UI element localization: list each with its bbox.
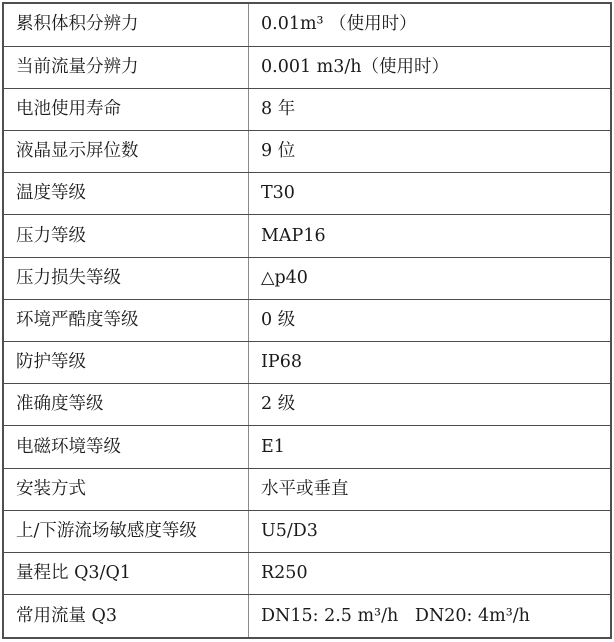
spec-value: 水平或垂直 <box>249 468 612 510</box>
spec-value: E1 <box>249 426 612 468</box>
table-row: 当前流量分辨力 0.001 m3/h（使用时） <box>3 46 611 88</box>
table-row: 环境严酷度等级 0 级 <box>3 299 611 341</box>
table-row: 量程比 Q3/Q1 R250 <box>3 553 611 595</box>
spec-value: 0.01m³ （使用时） <box>249 3 612 46</box>
spec-value: R250 <box>249 553 612 595</box>
table-row: 上/下游流场敏感度等级 U5/D3 <box>3 510 611 552</box>
spec-table-body: 累积体积分辨力 0.01m³ （使用时） 当前流量分辨力 0.001 m3/h（… <box>3 3 611 638</box>
table-row: 准确度等级 2 级 <box>3 384 611 426</box>
table-row: 压力等级 MAP16 <box>3 215 611 257</box>
spec-label: 电池使用寿命 <box>3 88 249 130</box>
spec-label: 安装方式 <box>3 468 249 510</box>
spec-value: MAP16 <box>249 215 612 257</box>
document-page: 累积体积分辨力 0.01m³ （使用时） 当前流量分辨力 0.001 m3/h（… <box>0 0 614 642</box>
spec-label: 量程比 Q3/Q1 <box>3 553 249 595</box>
spec-value: 2 级 <box>249 384 612 426</box>
table-row: 防护等级 IP68 <box>3 342 611 384</box>
table-row: 温度等级 T30 <box>3 173 611 215</box>
table-row: 电池使用寿命 8 年 <box>3 88 611 130</box>
spec-label: 防护等级 <box>3 342 249 384</box>
spec-value: △p40 <box>249 257 612 299</box>
spec-label: 液晶显示屏位数 <box>3 131 249 173</box>
spec-value: DN15: 2.5 m³/h DN20: 4m³/h <box>249 595 612 638</box>
table-row: 液晶显示屏位数 9 位 <box>3 131 611 173</box>
spec-label: 常用流量 Q3 <box>3 595 249 638</box>
spec-value: T30 <box>249 173 612 215</box>
table-row: 累积体积分辨力 0.01m³ （使用时） <box>3 3 611 46</box>
spec-label: 电磁环境等级 <box>3 426 249 468</box>
spec-value: 0 级 <box>249 299 612 341</box>
spec-value: U5/D3 <box>249 510 612 552</box>
spec-value: IP68 <box>249 342 612 384</box>
spec-label: 当前流量分辨力 <box>3 46 249 88</box>
spec-label: 压力损失等级 <box>3 257 249 299</box>
table-row: 电磁环境等级 E1 <box>3 426 611 468</box>
spec-value: 9 位 <box>249 131 612 173</box>
spec-label: 上/下游流场敏感度等级 <box>3 510 249 552</box>
spec-label: 压力等级 <box>3 215 249 257</box>
spec-label: 温度等级 <box>3 173 249 215</box>
spec-table: 累积体积分辨力 0.01m³ （使用时） 当前流量分辨力 0.001 m3/h（… <box>2 2 612 639</box>
table-row: 压力损失等级 △p40 <box>3 257 611 299</box>
table-row: 常用流量 Q3 DN15: 2.5 m³/h DN20: 4m³/h <box>3 595 611 638</box>
table-row: 安装方式 水平或垂直 <box>3 468 611 510</box>
spec-value: 8 年 <box>249 88 612 130</box>
spec-value: 0.001 m3/h（使用时） <box>249 46 612 88</box>
spec-label: 准确度等级 <box>3 384 249 426</box>
spec-label: 环境严酷度等级 <box>3 299 249 341</box>
spec-label: 累积体积分辨力 <box>3 3 249 46</box>
